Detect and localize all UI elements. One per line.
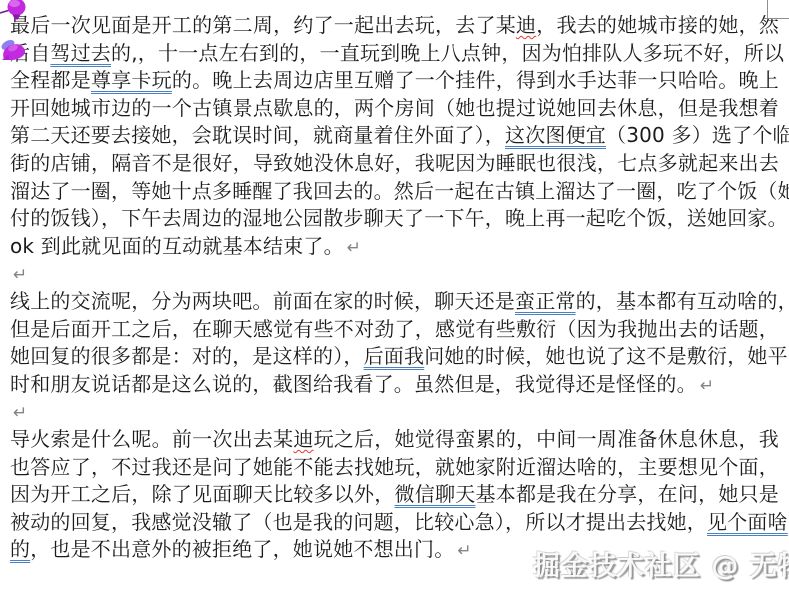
cropped-corner-box — [767, 0, 789, 19]
text-line: 全程都是尊享卡玩的。晚上去周边店里互赠了一个挂件，得到水手达菲一只哈哈。晚上 — [10, 67, 779, 95]
grammar-check-underline: 尊享卡玩 — [91, 68, 172, 92]
text-segment: 溜达了一圈，等她十点多睡醒了我回去的。然后一起在古镇上溜达了一圈，吃了个饭（她 — [10, 179, 789, 203]
text-segment: 全程都是 — [10, 68, 91, 92]
text-segment: ，我去的她城市接的她，然 — [536, 13, 779, 37]
paragraph-mark: ↵ — [10, 403, 27, 423]
text-segment: （300 多）选了个临 — [606, 123, 789, 147]
text-line: 导火索是什么呢。前一次出去某迪玩之后，她觉得蛮累的，中间一周准备休息休息，我 — [10, 426, 779, 454]
text-segment: ，也是不出意外的被拒绝了，她说她不想出门。 — [30, 537, 454, 561]
text-segment: 时和朋友说话都是这么说的，截图给我看了。虽然但是，我觉得还是怪怪的。 — [10, 372, 697, 396]
text-segment: 她回复的很多都是：对的，是这样的）， — [10, 344, 364, 368]
text-segment: 基本都是我在分享，在问，她只是 — [475, 482, 779, 506]
text-line: 线上的交流呢，分为两块吧。前面在家的时候，聊天还是蛮正常的，基本都有互动啥的， — [10, 288, 779, 316]
text-line: 溜达了一圈，等她十点多睡醒了我回去的。然后一起在古镇上溜达了一圈，吃了个饭（她 — [10, 178, 779, 206]
grammar-check-underline: 见个面啥 — [707, 510, 788, 534]
text-segment: 第二天还要去接她，会耽误时间，就商量着住外面了）， — [10, 123, 505, 147]
text-line: 也答应了，不过我还是问了她能不能去找她玩，就她家附近溜达啥的，主要想见个面， — [10, 454, 779, 482]
text-line: 后自驾过去的,，十一点左右到的，一直玩到晚上八点钟，因为怕排队人多玩不好，所以 — [10, 40, 779, 68]
grammar-check-underline: 蛮正常 — [515, 289, 576, 313]
text-line: 街的店铺，隔音不是很好，导致她没休息好，我呢因为睡眠也很浅，七点多就起来出去 — [10, 150, 779, 178]
text-segment: 的，基本都有互动啥的， — [576, 289, 789, 313]
text-segment: 被动的回复，我感觉没辙了（也是我的问题，比较心急），所以才提出去找她， — [10, 510, 707, 534]
grammar-check-underline: 这次图便宜 — [505, 123, 606, 147]
text-segment: 开回她城市边的一个古镇景点歇息的，两个房间（她也提过说她回去休息，但是我想着 — [10, 96, 779, 120]
text-segment: 问她的时候，她也说了这不是敷衍，她平 — [424, 344, 788, 368]
grammar-check-underline: 微信聊天 — [395, 482, 476, 506]
document-text[interactable]: 最后一次见面是开工的第二周，约了一起出去玩，去了某迪，我去的她城市接的她，然后自… — [0, 0, 789, 593]
text-line: 付的饭钱），下午去周边的湿地公园散步聊天了一下午，晚上再一起吃个饭，送她回家。 — [10, 205, 779, 233]
text-line: ok 到此就见面的互动就基本结束了。↵ — [10, 233, 779, 261]
text-segment: ok 到此就见面的互动就基本结束了。 — [10, 234, 344, 258]
spellcheck-wavy-underline: 迪 — [516, 13, 536, 37]
ink-annotation-marker-top[interactable] — [0, 0, 32, 24]
text-line: 时和朋友说话都是这么说的，截图给我看了。虽然但是，我觉得还是怪怪的。↵ — [10, 371, 779, 399]
text-line: 被动的回复，我感觉没辙了（也是我的问题，比较心急），所以才提出去找她，见个面啥 — [10, 509, 779, 537]
grammar-check-underline: 驾过去 — [50, 41, 111, 65]
text-line: 她回复的很多都是：对的，是这样的），后面我问她的时候，她也说了这不是敷衍，她平 — [10, 343, 779, 371]
text-segment: 的,，十一点左右到的，一直玩到晚上八点钟，因为怕排队人多玩不好，所以 — [111, 41, 784, 65]
text-segment: 导火索是什么呢。前一次出去某 — [10, 427, 293, 451]
text-segment: 的。晚上去周边店里互赠了一个挂件，得到水手达菲一只哈哈。晚上 — [172, 68, 779, 92]
ink-annotation-marker-second[interactable] — [0, 37, 32, 65]
spellcheck-wavy-underline: 迪 — [293, 427, 313, 451]
text-segment: 因为开工之后，除了见面聊天比较多以外， — [10, 482, 395, 506]
text-segment: 但是后面开工之后，在聊天感觉有些不对劲了，感觉有些敷衍（因为我抛出去的话题， — [10, 317, 779, 341]
text-segment: 也答应了，不过我还是问了她能不能去找她玩，就她家附近溜达啥的，主要想见个面， — [10, 455, 779, 479]
text-line: 但是后面开工之后，在聊天感觉有些不对劲了，感觉有些敷衍（因为我抛出去的话题， — [10, 316, 779, 344]
text-segment: 玩之后，她觉得蛮累的，中间一周准备休息休息，我 — [314, 427, 779, 451]
paragraph-mark: ↵ — [344, 238, 361, 258]
grammar-check-underline: 后面我 — [364, 344, 425, 368]
paragraph-mark: ↵ — [697, 376, 714, 396]
text-line: 开回她城市边的一个古镇景点歇息的，两个房间（她也提过说她回去休息，但是我想着 — [10, 95, 779, 123]
paragraph-mark: ↵ — [454, 541, 471, 561]
text-segment: 最后一次见面是开工的第二周，约了一起出去玩，去了某 — [10, 13, 516, 37]
paragraph-mark: ↵ — [10, 265, 27, 285]
text-line: 的，也是不出意外的被拒绝了，她说她不想出门。↵ — [10, 536, 779, 564]
text-segment: 线上的交流呢，分为两块吧。前面在家的时候，聊天还是 — [10, 289, 515, 313]
text-line: 最后一次见面是开工的第二周，约了一起出去玩，去了某迪，我去的她城市接的她，然 — [10, 12, 779, 40]
text-line: 因为开工之后，除了见面聊天比较多以外，微信聊天基本都是我在分享，在问，她只是 — [10, 481, 779, 509]
text-line: 第二天还要去接她，会耽误时间，就商量着住外面了），这次图便宜（300 多）选了个… — [10, 122, 779, 150]
grammar-check-underline: 的 — [10, 537, 30, 561]
text-segment: 付的饭钱），下午去周边的湿地公园散步聊天了一下午，晚上再一起吃个饭，送她回家。 — [10, 206, 788, 230]
text-segment: 街的店铺，隔音不是很好，导致她没休息好，我呢因为睡眠也很浅，七点多就起来出去 — [10, 151, 779, 175]
text-line: ↵ — [10, 398, 779, 426]
text-line: ↵ — [10, 260, 779, 288]
